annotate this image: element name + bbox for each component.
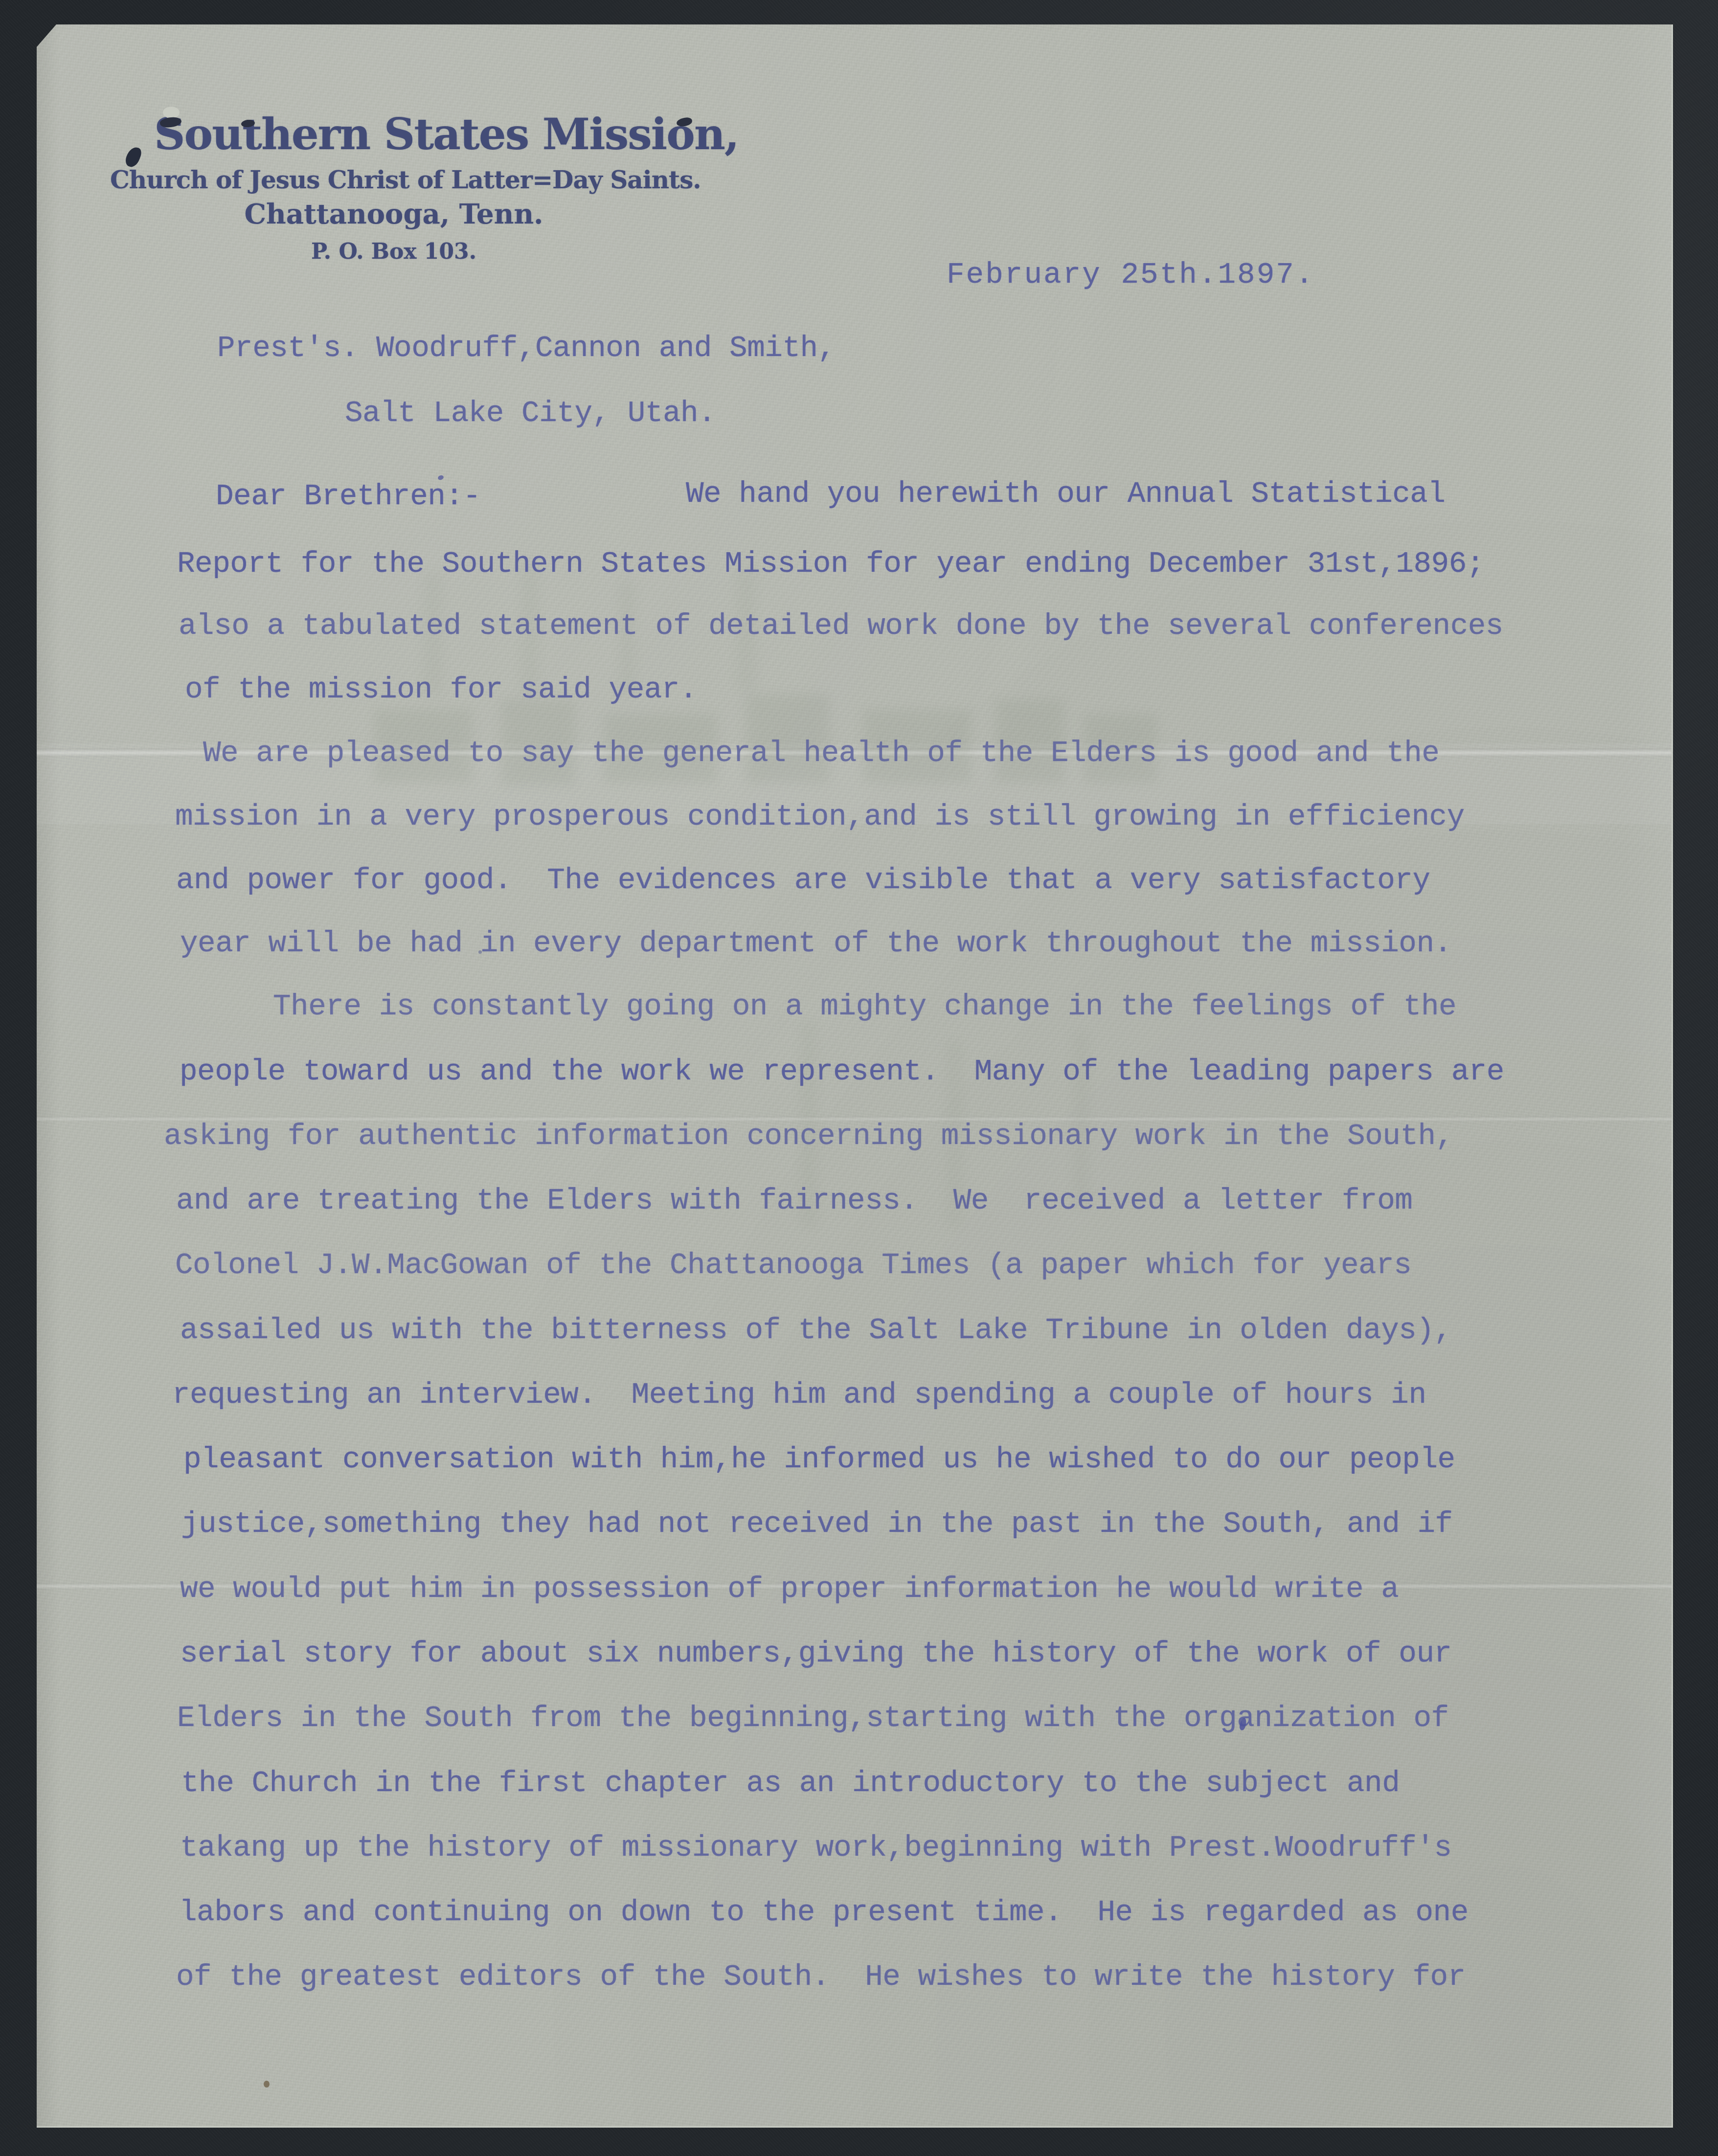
typed-line: There is constantly going on a mighty ch… xyxy=(273,992,1456,1022)
typed-line: we would put him in possession of proper… xyxy=(180,1574,1399,1604)
typed-line: requesting an interview. Meeting him and… xyxy=(172,1380,1426,1410)
typed-line: of the mission for said year. xyxy=(185,675,697,705)
paper-stain-dot xyxy=(264,2081,270,2088)
typed-line: people toward us and the work we represe… xyxy=(180,1057,1504,1087)
typed-line: also a tabulated statement of detailed w… xyxy=(179,611,1503,641)
letter-page: Southern States Mission, Church of Jesus… xyxy=(37,24,1673,2128)
letterhead-po-box: P. O. Box 103. xyxy=(110,241,678,263)
typed-line: the Church in the first chapter as an in… xyxy=(181,1769,1400,1798)
typed-line: labors and continuing on down to the pre… xyxy=(179,1898,1469,1928)
date-line: February 25th.1897. xyxy=(947,260,1315,290)
recipient-line-2: Salt Lake City, Utah. xyxy=(345,399,716,428)
typed-line: We are pleased to say the general health… xyxy=(203,739,1439,768)
typed-line: and power for good. The evidences are vi… xyxy=(176,866,1430,896)
typed-line: serial story for about six numbers,givin… xyxy=(180,1639,1452,1669)
typed-line: asking for authentic information concern… xyxy=(164,1122,1453,1151)
salutation: Dear Brethren:- xyxy=(216,482,481,512)
typed-line: Elders in the South from the beginning,s… xyxy=(177,1704,1449,1733)
typed-line: takang up the history of missionary work… xyxy=(180,1833,1452,1863)
recipient-line-1: Prest's. Woodruff,Cannon and Smith, xyxy=(217,334,836,363)
typed-line: assailed us with the bitterness of the S… xyxy=(180,1316,1452,1346)
typed-line: and are treating the Elders with fairnes… xyxy=(176,1186,1412,1216)
typed-line: pleasant conversation with him,he inform… xyxy=(183,1445,1455,1475)
typed-line: Report for the Southern States Mission f… xyxy=(177,549,1484,579)
letterhead-church-name: Church of Jesus Christ of Latter=Day Sai… xyxy=(110,168,678,192)
typed-line: mission in a very prosperous condition,a… xyxy=(175,802,1465,832)
typed-line: We hand you herewith our Annual Statisti… xyxy=(686,479,1446,509)
scan-background: Southern States Mission, Church of Jesus… xyxy=(0,0,1718,2156)
typed-line: Colonel J.W.MacGowan of the Chattanooga … xyxy=(175,1251,1411,1280)
letterhead-city: Chattanooga, Tenn. xyxy=(110,201,678,228)
typed-line: justice,something they had not received … xyxy=(181,1509,1453,1539)
letterhead-mission-name: Southern States Mission, xyxy=(154,112,739,156)
typed-line: year will be had in every department of … xyxy=(180,929,1452,959)
typed-line: of the greatest editors of the South. He… xyxy=(176,1962,1466,1992)
